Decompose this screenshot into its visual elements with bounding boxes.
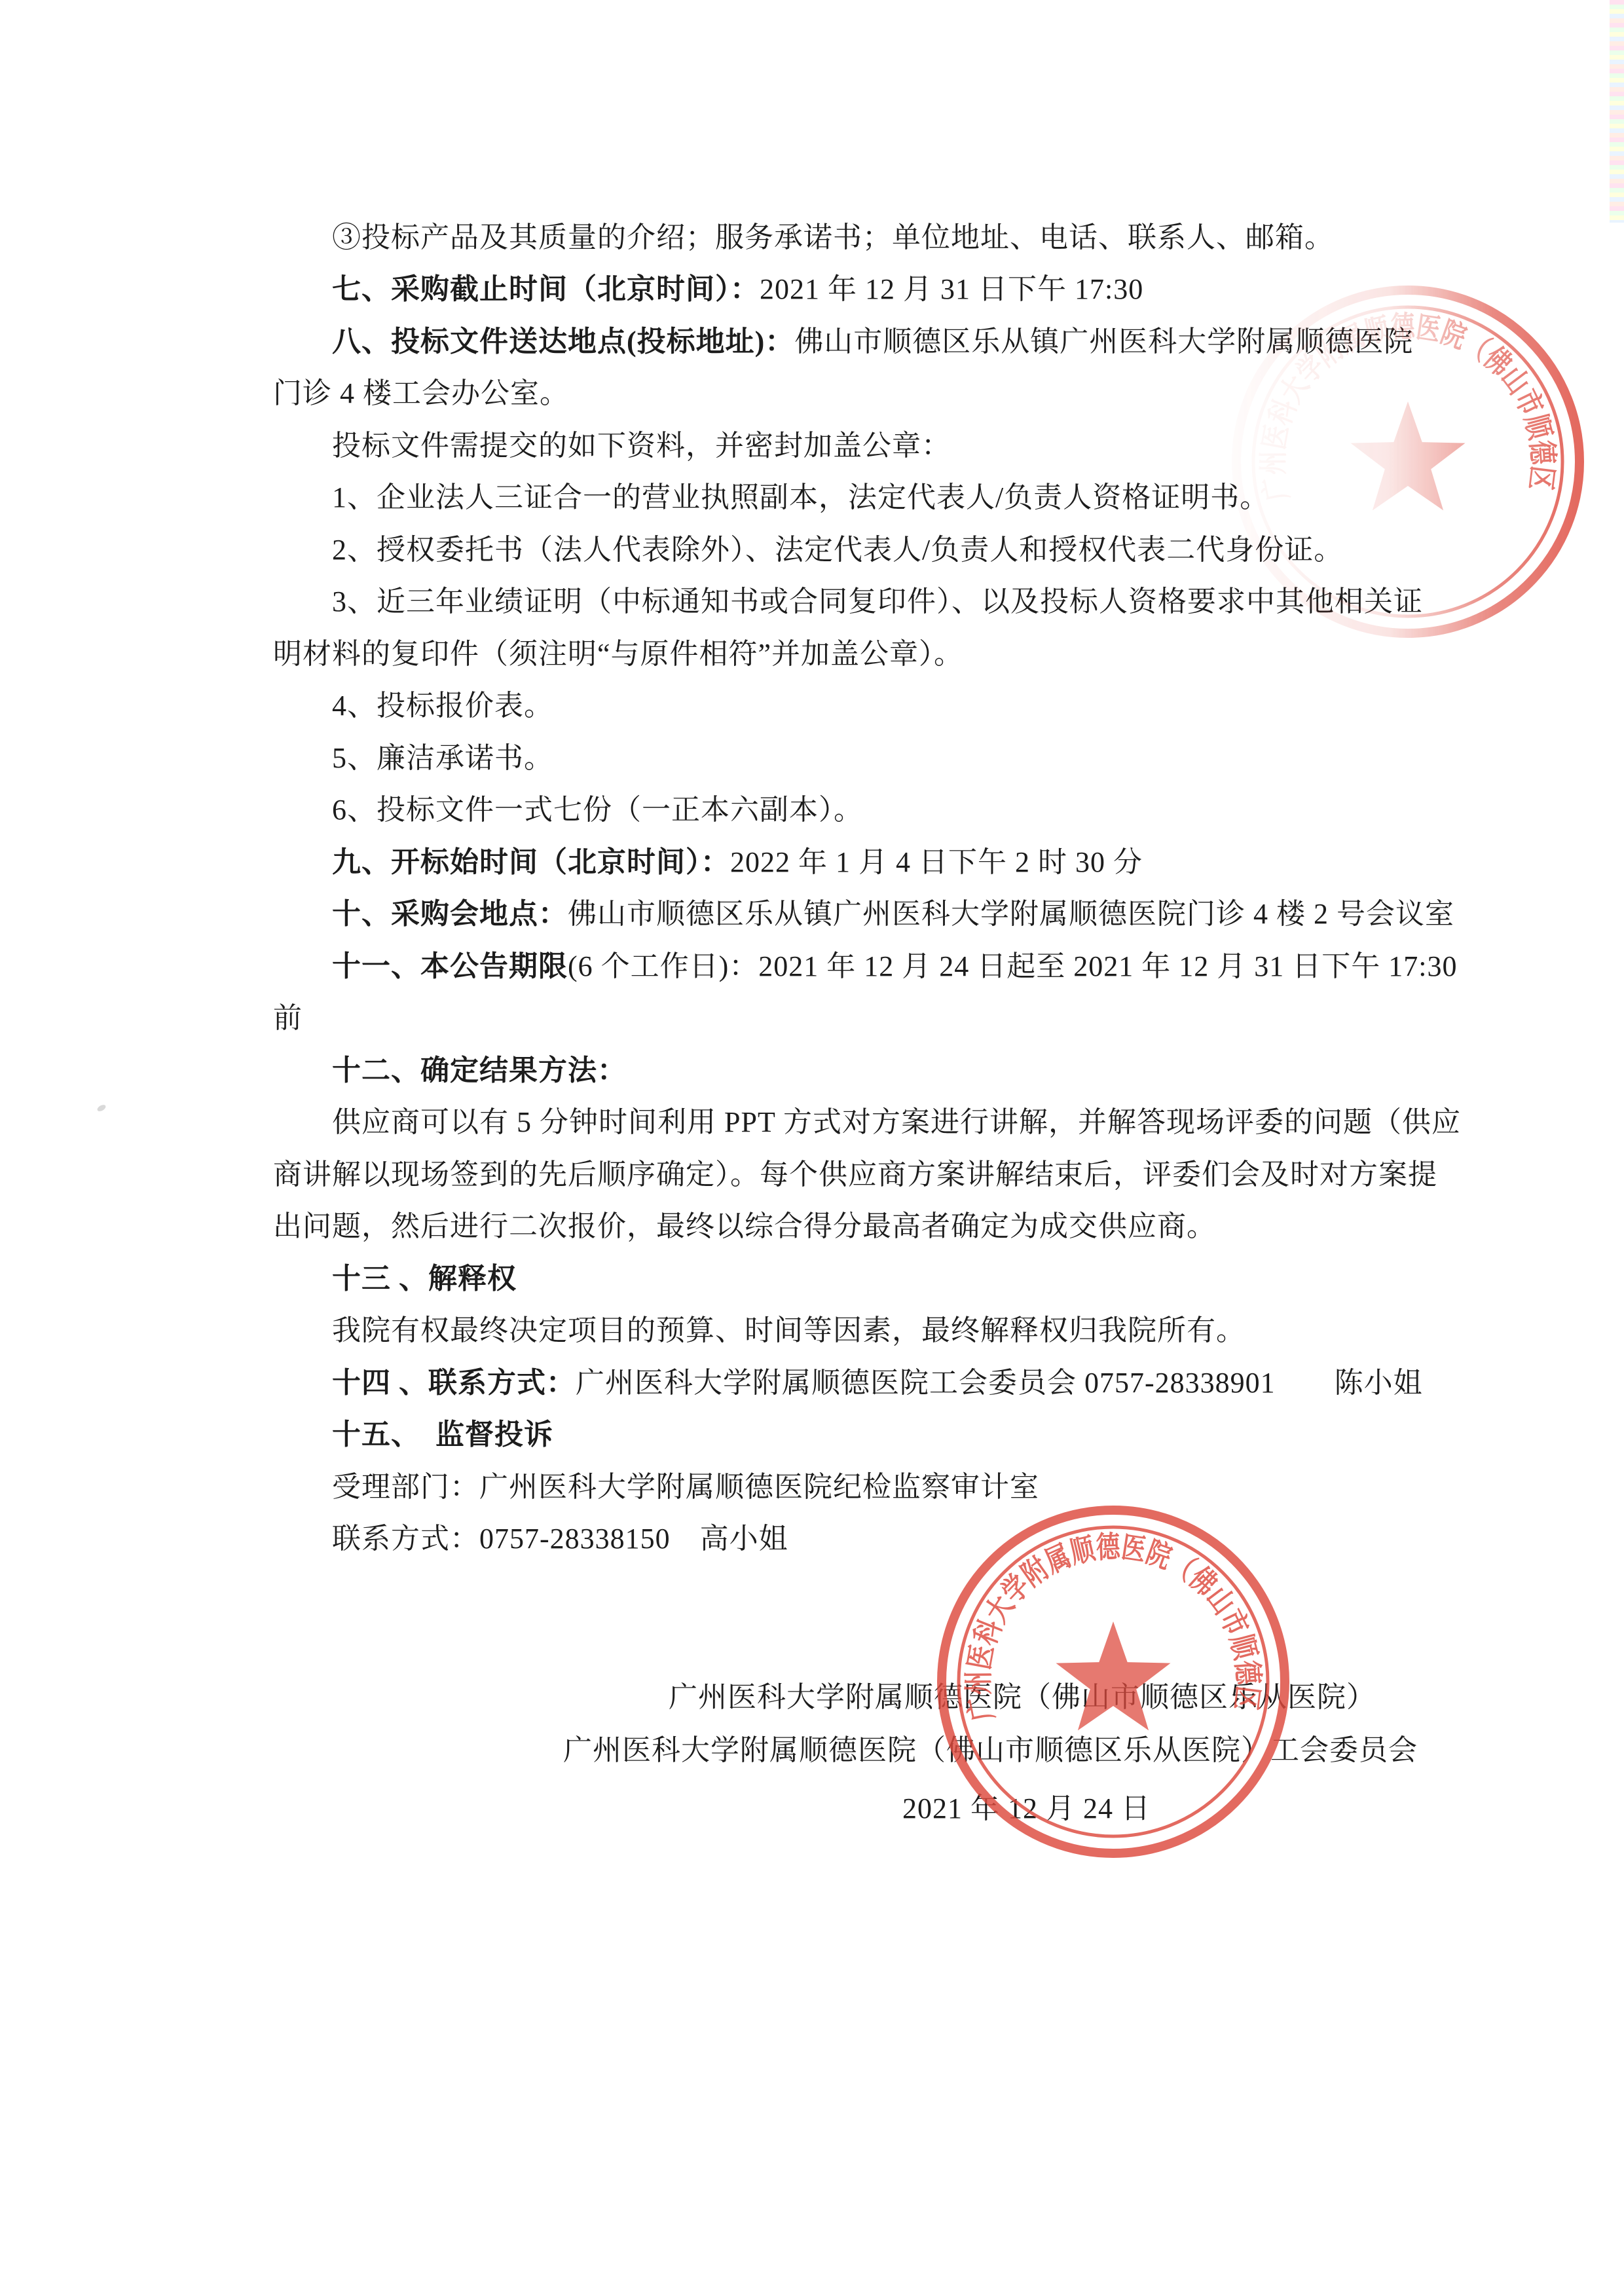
section-heading-7: 七、采购截止时间（北京时间）：2021 年 12 月 31 日下午 17:30 [332, 272, 1143, 307]
section-heading-9: 九、开标始时间（北京时间）：2022 年 1 月 4 日下午 2 时 30 分 [332, 845, 1143, 880]
list-item-4: 4、投标报价表。 [332, 688, 553, 724]
body-line: 出问题，然后进行二次报价，最终以综合得分最高者确定为成交供应商。 [273, 1209, 1216, 1244]
body-line: 前 [273, 1001, 303, 1036]
body-line: 供应商可以有 5 分钟时间利用 PPT 方式对方案进行讲解，并解答现场评委的问题… [332, 1105, 1461, 1140]
list-item-2: 2、授权委托书（法人代表除外）、法定代表人/负责人和授权代表二代身份证。 [332, 532, 1343, 568]
signature-date: 2021 年 12 月 24 日 [902, 1791, 1151, 1826]
signature-org-line-2: 广州医科大学附属顺德医院（佛山市顺德区乐从医院）工会委员会 [563, 1733, 1418, 1768]
scan-noise-strip [1610, 0, 1624, 223]
section-heading-11: 十一、本公告期限(6 个工作日)：2021 年 12 月 24 日起至 2021… [332, 949, 1458, 984]
seal-rim-text: 广州医科大学附属顺德医院（佛山市顺德区乐从医院）工会委员会 [1211, 265, 1560, 504]
body-line: 明材料的复印件（须注明“与原件相符”并加盖公章）。 [273, 637, 963, 672]
section-heading-12: 十二、确定结果方法： [332, 1053, 627, 1088]
section-heading-10: 十、采购会地点：佛山市顺德区乐从镇广州医科大学附属顺德医院门诊 4 楼 2 号会… [332, 897, 1454, 932]
list-item-6: 6、投标文件一式七份（一正本六副本）。 [332, 792, 863, 828]
section-heading-15: 十五、 监督投诉 [332, 1417, 553, 1453]
body-line: 商讲解以现场签到的先后顺序确定）。每个供应商方案讲解结束后，评委们会及时对方案提 [273, 1157, 1437, 1193]
signature-org-line-1: 广州医科大学附属顺德医院（佛山市顺德区乐从医院） [669, 1680, 1376, 1715]
section-heading-14: 十四 、联系方式：广州医科大学附属顺德医院工会委员会 0757-28338901… [332, 1365, 1423, 1401]
section-heading-13: 十三 、解释权 [332, 1261, 517, 1297]
seal-star-icon [1351, 401, 1466, 510]
body-line: 投标文件需提交的如下资料，并密封加盖公章： [332, 428, 951, 464]
list-item-1: 1、企业法人三证合一的营业执照副本，法定代表人/负责人资格证明书。 [332, 480, 1269, 515]
section-heading-8: 八、投标文件送达地点(投标地址)：佛山市顺德区乐从镇广州医科大学附属顺德医院 [332, 324, 1413, 360]
body-line: 我院有权最终决定项目的预算、时间等因素，最终解释权归我院所有。 [332, 1313, 1246, 1348]
svg-text:广州医科大学附属顺德医院（佛山市顺德区乐从医院）工会委员会: 广州医科大学附属顺德医院（佛山市顺德区乐从医院）工会委员会 [1211, 265, 1560, 504]
list-item-3: 3、近三年业绩证明（中标通知书或合同复印件）、以及投标人资格要求中其他相关证 [332, 584, 1423, 620]
body-line: 门诊 4 楼工会办公室。 [273, 376, 569, 411]
list-item-5: 5、廉洁承诺书。 [332, 741, 553, 776]
body-line: 联系方式：0757-28338150 高小姐 [332, 1521, 788, 1557]
scanned-document-page: ③投标产品及其质量的介绍；服务承诺书；单位地址、电话、联系人、邮箱。 七、采购截… [0, 0, 1624, 2296]
scan-speck [96, 1103, 107, 1113]
body-line: 受理部门：广州医科大学附属顺德医院纪检监察审计室 [332, 1470, 1039, 1505]
body-line: ③投标产品及其质量的介绍；服务承诺书；单位地址、电话、联系人、邮箱。 [332, 220, 1334, 255]
